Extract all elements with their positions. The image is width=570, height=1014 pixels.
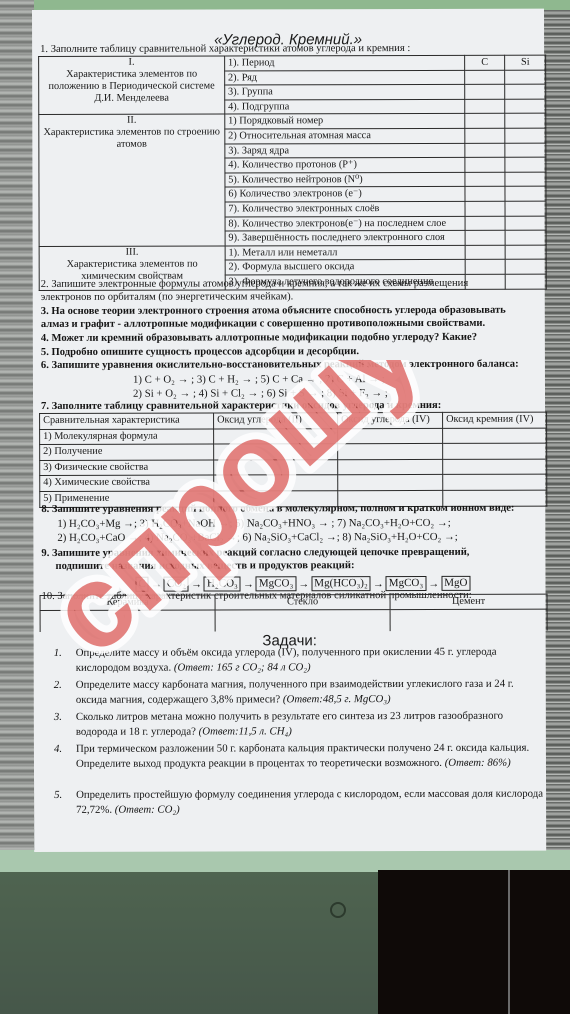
silicon-cell[interactable] <box>505 84 546 99</box>
column-header: Оксид кремния (IV) <box>443 412 547 428</box>
table-row: I.Характеристика элементов по положению … <box>39 55 546 71</box>
question-2-line1: 2. Запишите электронные формулы атомов у… <box>41 278 469 291</box>
property-cell: 7). Количество электронных слоёв <box>225 201 465 216</box>
task-number: 1. <box>54 646 62 661</box>
property-cell: 2) Относительная атомная масса <box>225 128 465 143</box>
question-6: 6. Запишите уравнения окислительно-восст… <box>41 359 519 372</box>
table-row: III.Характеристика элементов по химическ… <box>39 245 546 261</box>
answer-cell[interactable] <box>443 475 547 491</box>
task-answer: (Ответ: CO₂) <box>115 804 180 816</box>
carbon-cell[interactable] <box>465 245 506 260</box>
chain-substance: H₂CO₃ <box>204 576 241 591</box>
silicon-cell[interactable]: Si <box>505 55 546 70</box>
column-header: Керамика <box>40 595 215 610</box>
carbon-cell[interactable] <box>465 172 506 187</box>
chain-substance: Mg(HCO₃)₂ <box>311 576 371 591</box>
carbon-cell[interactable] <box>465 143 506 158</box>
table-header-row: Сравнительная характеристикаОксид углеро… <box>40 412 547 429</box>
property-cell: 1). Металл или неметалл <box>225 245 465 260</box>
property-cell: 9). Завершённость последнего электронног… <box>225 230 465 245</box>
question-6-equations-row1: 1) C + O₂ → ; 3) C + H₂ → ; 5) C + Ca → … <box>133 373 385 386</box>
chain-substance: CO₂ <box>164 577 189 592</box>
worksheet-paper: «Углерод. Кремний.» 1. Заполните таблицу… <box>32 9 546 852</box>
chain-substance: MgCO₃ <box>386 576 426 591</box>
arrow-icon: → <box>243 578 254 590</box>
question-9-line2: подпишите названия исходных веществ и пр… <box>55 560 354 573</box>
question-8-equations-row2: 2) H₂CO₃+CaO →; 4) Na₂CO₃+BaCl₂ →; 6) Na… <box>57 531 457 544</box>
task-number: 5. <box>54 788 62 803</box>
task-text: Определить простейшую формулу соединения… <box>76 787 544 818</box>
carbon-cell[interactable] <box>464 70 505 85</box>
task-item: 2.Определите массу карбоната магния, пол… <box>54 677 544 708</box>
category-numeral: II. <box>42 115 221 127</box>
arrow-icon: → <box>373 578 384 590</box>
table-row: 3) Физические свойства <box>40 459 547 476</box>
carbon-cell[interactable] <box>465 274 506 289</box>
task-answer: (Ответ:48,5 г. MgCO₃) <box>283 693 391 705</box>
silicon-cell[interactable] <box>505 70 546 85</box>
row-label: 1) Молекулярная формула <box>40 429 214 445</box>
column-header: Оксид углерода (IV) <box>338 412 443 428</box>
silicon-cell[interactable] <box>506 245 547 260</box>
task-number: 4. <box>54 742 62 757</box>
carbon-cell[interactable] <box>465 201 506 216</box>
category-cell: II.Характеристика элементов по строению … <box>39 114 225 246</box>
metal-frame-left <box>0 0 34 850</box>
question-3-line1: 3. На основе теории электронного строени… <box>41 305 506 318</box>
table-row <box>40 609 547 632</box>
answer-cell[interactable] <box>214 459 338 475</box>
task-item: 3.Сколько литров метана можно получить в… <box>54 709 544 740</box>
silicon-cell[interactable] <box>505 230 546 245</box>
arrow-icon: → <box>298 578 309 590</box>
carbon-cell[interactable] <box>465 157 506 172</box>
chain-substance: MgO <box>441 576 470 591</box>
question-1: 1. Заполните таблицу сравнительной харак… <box>40 43 410 56</box>
carbon-cell[interactable] <box>465 230 506 245</box>
task-text: Определите массу и объём оксида углерода… <box>76 645 544 676</box>
door-gap <box>508 870 510 1014</box>
row-label: 2) Получение <box>40 444 214 460</box>
answer-cell[interactable] <box>214 444 338 460</box>
task-answer: (Ответ: 165 г CO₂; 84 л CO₂) <box>174 661 311 673</box>
chain-substance: MgCO₃ <box>256 576 296 591</box>
oxides-comparison-table: Сравнительная характеристикаОксид углеро… <box>39 412 547 508</box>
task-text: Определите массу карбоната магния, получ… <box>76 677 544 708</box>
table-header-row: КерамикаСтеклоЦемент <box>40 594 547 610</box>
tasks-list: 1.Определите массу и объём оксида углеро… <box>32 9 544 10</box>
property-cell: 4). Количество протонов (P⁺) <box>225 158 465 173</box>
silicon-cell[interactable] <box>505 128 546 143</box>
answer-cell[interactable] <box>40 610 215 632</box>
arrow-icon: → <box>428 577 439 589</box>
table-row: 2) Получение <box>40 443 547 460</box>
property-cell: 1). Период <box>224 55 464 70</box>
question-7: 7. Заполните таблицу сравнительной харак… <box>41 400 441 413</box>
silicon-cell[interactable] <box>506 274 547 289</box>
dark-door <box>378 870 570 1014</box>
answer-cell[interactable] <box>338 475 443 491</box>
arrow-icon: → <box>151 578 162 590</box>
chain-substance: C <box>135 577 148 592</box>
property-cell: 2). Ряд <box>224 70 464 85</box>
table-row: 1) Молекулярная формула <box>40 428 547 445</box>
answer-cell[interactable] <box>338 459 443 475</box>
task-text: Сколько литров метана можно получить в р… <box>76 709 544 740</box>
silicon-cell[interactable] <box>505 172 546 187</box>
silicon-cell[interactable] <box>506 259 547 274</box>
question-2-line2: электронов по орбиталям (по энергетическ… <box>41 291 294 304</box>
carbon-cell[interactable] <box>465 187 506 202</box>
answer-cell[interactable] <box>214 428 338 444</box>
question-6-equations-row2: 2) Si + O₂ → ; 4) Si + Cl₂ → ; 6) Si + S… <box>133 387 388 400</box>
property-cell: 6) Количество электронов (e⁻) <box>225 187 465 202</box>
row-label: 3) Физические свойства <box>40 460 214 476</box>
category-cell: I.Характеристика элементов по положению … <box>39 56 225 115</box>
task-item: 4.При термическом разложении 50 г. карбо… <box>54 741 544 772</box>
property-cell: 8). Количество электронов(e⁻) на последн… <box>225 216 465 231</box>
column-header: Оксид углерода (II) <box>214 413 338 429</box>
category-label: Характеристика элементов по строению ато… <box>42 127 221 151</box>
atoms-comparison-table: I.Характеристика элементов по положению … <box>38 55 547 291</box>
task-answer: (Ответ: 86%) <box>445 757 511 769</box>
silicon-cell[interactable] <box>505 99 546 114</box>
category-label: Характеристика элементов по положению в … <box>42 69 221 105</box>
carbon-cell[interactable] <box>465 99 506 114</box>
answer-cell[interactable] <box>215 609 390 631</box>
category-numeral: III. <box>43 246 222 258</box>
table-row: 4) Химические свойства <box>40 475 547 492</box>
silicate-materials-table: КерамикаСтеклоЦемент <box>40 594 548 632</box>
silicon-cell[interactable] <box>505 114 546 129</box>
task-item: 1.Определите массу и объём оксида углеро… <box>54 645 544 676</box>
carbon-cell[interactable] <box>465 84 506 99</box>
ledge <box>0 850 570 872</box>
silicon-cell[interactable] <box>505 157 546 172</box>
row-label: 4) Химические свойства <box>40 475 214 491</box>
question-8-equations-row1: 1) H₂CO₃+Mg →; 3) H₂CO₃+NaOH →; 5) Na₂CO… <box>57 517 450 530</box>
task-text: При термическом разложении 50 г. карбона… <box>76 741 544 772</box>
silicon-cell[interactable] <box>505 201 546 216</box>
task-number: 2. <box>54 678 62 693</box>
answer-cell[interactable] <box>443 459 547 475</box>
property-cell: 1) Порядковый номер <box>225 114 465 129</box>
silicon-cell[interactable] <box>505 216 546 231</box>
property-cell: 4). Подгруппа <box>225 99 465 114</box>
question-3-line2: алмаз и графит - аллотропные модификации… <box>41 318 485 331</box>
column-header: Сравнительная характеристика <box>40 413 214 429</box>
property-cell: 5). Количество нейтронов (N⁰) <box>225 172 465 187</box>
answer-cell[interactable] <box>390 609 547 631</box>
question-9-line1: 9. Запишите уравнения химических реакций… <box>41 547 469 560</box>
arrow-icon: → <box>191 578 202 590</box>
answer-cell[interactable] <box>443 428 547 444</box>
table-row: II.Характеристика элементов по строению … <box>39 114 546 130</box>
answer-cell[interactable] <box>338 444 443 460</box>
question-8: 8. Запишите уравнения реакций ионного об… <box>41 503 514 516</box>
silicon-cell[interactable] <box>505 143 546 158</box>
answer-cell[interactable] <box>214 475 338 491</box>
carbon-cell[interactable]: C <box>464 55 505 70</box>
carbon-cell[interactable] <box>465 216 506 231</box>
carbon-cell[interactable] <box>465 260 506 275</box>
task-item: 5.Определить простейшую формулу соединен… <box>54 787 544 818</box>
column-header: Цемент <box>390 594 547 609</box>
property-cell: 3). Группа <box>225 85 465 100</box>
question-4: 4. Может ли кремний образовывать аллотро… <box>41 332 477 345</box>
answer-cell[interactable] <box>338 428 443 444</box>
silicon-cell[interactable] <box>505 186 546 201</box>
category-numeral: I. <box>42 57 221 69</box>
carbon-cell[interactable] <box>465 128 506 143</box>
property-cell: 3). Заряд ядра <box>225 143 465 158</box>
task-number: 3. <box>54 710 62 725</box>
carbon-cell[interactable] <box>465 114 506 129</box>
question-5: 5. Подробно опишите сущность процессов а… <box>41 346 359 359</box>
column-header: Стекло <box>215 595 390 610</box>
task-answer: (Ответ:11,5 л. CH₄) <box>199 725 292 737</box>
screw-icon <box>330 902 346 918</box>
property-cell: 2). Формула высшего оксида <box>225 260 465 275</box>
answer-cell[interactable] <box>443 443 547 459</box>
